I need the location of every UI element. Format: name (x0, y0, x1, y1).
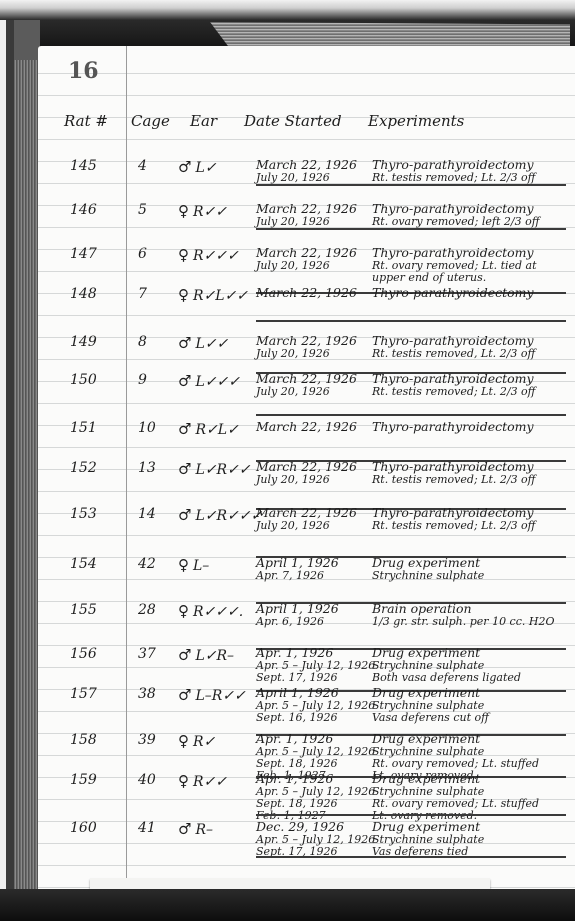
experiment-notes: Thyro-parathyroidectomyRt. testis remove… (372, 506, 572, 532)
entry-underline (256, 814, 566, 816)
cage-number: 13 (138, 460, 156, 476)
female-symbol-icon: ♀ (178, 202, 189, 220)
cage-number: 28 (138, 602, 156, 618)
experiment-line: Drug experiment (372, 556, 572, 570)
male-symbol-icon: ♂ (178, 460, 191, 478)
experiment-line: Rt. testis removed; Lt. 2/3 off (372, 520, 572, 532)
ear-code: L✓R– (195, 648, 234, 664)
date-line: Apr. 1, 1926 (256, 772, 376, 786)
rat-number: 148 (70, 286, 97, 302)
cage-number: 9 (138, 372, 147, 388)
cage-number: 37 (138, 646, 156, 662)
cage-number: 5 (138, 202, 147, 218)
ear-code: R✓ (193, 734, 215, 750)
experiment-line: Brain operation (372, 602, 572, 616)
experiment-line: Drug experiment (372, 772, 572, 786)
male-symbol-icon: ♂ (178, 506, 191, 524)
date-started: Apr. 1, 1926Apr. 5 – July 12, 1926Sept. … (256, 646, 376, 684)
date-started: March 22, 1926July 20, 1926 (256, 158, 376, 184)
female-symbol-icon: ♀ (178, 772, 189, 790)
cage-number: 8 (138, 334, 147, 350)
ear-mark: ♀R✓✓✓ (178, 246, 239, 264)
experiment-notes: Brain operation1/3 gr. str. sulph. per 1… (372, 602, 572, 628)
female-symbol-icon: ♀ (178, 556, 189, 574)
experiment-line: Strychnine sulphate (372, 570, 572, 582)
experiment-line: Thyro-parathyroidectomy (372, 286, 572, 300)
cage-number: 10 (138, 420, 156, 436)
ear-mark: ♂R✓L✓ (178, 420, 239, 438)
experiment-notes: Thyro-parathyroidectomy (372, 286, 572, 300)
date-started: April 1, 1926Apr. 7, 1926 (256, 556, 376, 582)
date-line: March 22, 1926 (256, 460, 376, 474)
date-line: Apr. 7, 1926 (256, 570, 376, 582)
ear-code: R✓L✓ (195, 422, 238, 438)
date-line: April 1, 1926 (256, 602, 376, 616)
ear-code: L– (193, 558, 209, 574)
ear-code: R✓✓ (193, 204, 227, 220)
female-symbol-icon: ♀ (178, 732, 189, 750)
header-ear: Ear (190, 112, 217, 130)
male-symbol-icon: ♂ (178, 686, 191, 704)
experiment-line: Drug experiment (372, 686, 572, 700)
date-started: April 1, 1926Apr. 5 – July 12, 1926Sept.… (256, 686, 376, 724)
ear-code: R– (195, 822, 213, 838)
male-symbol-icon: ♂ (178, 372, 191, 390)
rat-number: 155 (70, 602, 97, 618)
rat-number: 153 (70, 506, 97, 522)
page-number: 16 (68, 58, 99, 84)
male-symbol-icon: ♂ (178, 420, 191, 438)
entry-underline (256, 320, 566, 322)
ear-code: L✓✓ (195, 336, 228, 352)
experiment-line: Rt. testis removed, Lt. 2/3 off (372, 348, 572, 360)
experiment-line: 1/3 gr. str. sulph. per 10 cc. H2O (372, 616, 572, 628)
ear-mark: ♂L–R✓✓ (178, 686, 246, 704)
experiment-line: Rt. testis removed; Lt. 2/3 off (372, 386, 572, 398)
cage-number: 7 (138, 286, 147, 302)
experiment-notes: Thyro-parathyroidectomy (372, 420, 572, 434)
date-line: July 20, 1926 (256, 520, 376, 532)
ear-code: R✓✓ (193, 774, 227, 790)
experiment-line: Thyro-parathyroidectomy (372, 460, 572, 474)
ear-mark: ♂L✓R✓✓ (178, 460, 250, 478)
date-line: March 22, 1926 (256, 202, 376, 216)
experiment-notes: Drug experimentStrychnine sulphateBoth v… (372, 646, 572, 684)
date-line: Sept. 16, 1926 (256, 712, 376, 724)
ear-code: R✓✓✓. (193, 604, 243, 620)
date-line: March 22, 1926 (256, 158, 376, 172)
date-started: March 22, 1926July 20, 1926 (256, 460, 376, 486)
rat-number: 152 (70, 460, 97, 476)
experiment-line: Thyro-parathyroidectomy (372, 202, 572, 216)
cage-number: 41 (138, 820, 156, 836)
rat-number: 159 (70, 772, 97, 788)
rat-number: 146 (70, 202, 97, 218)
ear-mark: ♂L✓R– (178, 646, 234, 664)
date-started: March 22, 1926July 20, 1926 (256, 246, 376, 272)
cage-number: 6 (138, 246, 147, 262)
experiment-notes: Thyro-parathyroidectomyRt. testis remove… (372, 372, 572, 398)
ear-mark: ♂L✓✓ (178, 334, 228, 352)
experiment-notes: Thyro-parathyroidectomyRt. ovary removed… (372, 246, 572, 284)
experiment-line: Both vasa deferens ligated (372, 672, 572, 684)
cage-number: 38 (138, 686, 156, 702)
rat-number: 145 (70, 158, 97, 174)
ear-mark: ♂L✓✓✓ (178, 372, 240, 390)
rat-number: 156 (70, 646, 97, 662)
experiment-line: Drug experiment (372, 646, 572, 660)
ear-mark: ♂R– (178, 820, 213, 838)
experiment-line: Rt. testis removed; Lt. 2/3 off (372, 172, 572, 184)
header-experiments: Experiments (368, 112, 464, 130)
date-line: April 1, 1926 (256, 686, 376, 700)
date-line: March 22, 1926 (256, 334, 376, 348)
male-symbol-icon: ♂ (178, 646, 191, 664)
date-line: March 22, 1926 (256, 506, 376, 520)
date-started: March 22, 1926July 20, 1926 (256, 506, 376, 532)
cage-number: 40 (138, 772, 156, 788)
ear-code: L–R✓✓ (195, 688, 245, 704)
rat-number: 150 (70, 372, 97, 388)
experiment-line: Vasa deferens cut off (372, 712, 572, 724)
rat-number: 154 (70, 556, 97, 572)
experiment-line: Thyro-parathyroidectomy (372, 420, 572, 434)
date-line: Apr. 1, 1926 (256, 732, 376, 746)
date-started: March 22, 1926July 20, 1926 (256, 202, 376, 228)
experiment-line: Thyro-parathyroidectomy (372, 158, 572, 172)
date-line: April 1, 1926 (256, 556, 376, 570)
cover-cloth-binding (210, 22, 570, 46)
entry-underline (256, 414, 566, 416)
rat-number: 149 (70, 334, 97, 350)
cage-number: 4 (138, 158, 147, 174)
male-symbol-icon: ♂ (178, 158, 191, 176)
experiment-line: Drug experiment (372, 732, 572, 746)
date-line: March 22, 1926 (256, 420, 376, 434)
rat-number: 160 (70, 820, 97, 836)
date-started: April 1, 1926Apr. 6, 1926 (256, 602, 376, 628)
experiment-line: Thyro-parathyroidectomy (372, 246, 572, 260)
ear-mark: ♂L✓R✓✓✓ (178, 506, 262, 524)
date-started: Dec. 29, 1926Apr. 5 – July 12, 1926Sept.… (256, 820, 376, 858)
header-date-started: Date Started (244, 112, 342, 130)
date-line: Apr. 1, 1926 (256, 646, 376, 660)
rat-number: 147 (70, 246, 97, 262)
experiment-line: Thyro-parathyroidectomy (372, 372, 572, 386)
experiment-notes: Thyro-parathyroidectomyRt. ovary removed… (372, 202, 572, 228)
experiment-line: Drug experiment (372, 820, 572, 834)
header-rat-number: Rat # (64, 112, 108, 130)
ear-code: L✓R✓✓ (195, 462, 250, 478)
ear-mark: ♀R✓ (178, 732, 215, 750)
ear-mark: ♀R✓✓ (178, 772, 227, 790)
date-line: March 22, 1926 (256, 372, 376, 386)
ear-code: L✓ (195, 160, 216, 176)
date-line: July 20, 1926 (256, 216, 376, 228)
ledger-page: 16 Rat # Cage Ear Date Started Experimen… (38, 46, 575, 889)
experiment-notes: Drug experimentStrychnine sulphateVas de… (372, 820, 572, 858)
entry-underline (256, 184, 566, 186)
cage-number: 42 (138, 556, 156, 572)
female-symbol-icon: ♀ (178, 602, 189, 620)
date-started: March 22, 1926July 20, 1926 (256, 372, 376, 398)
experiment-notes: Drug experimentStrychnine sulphate (372, 556, 572, 582)
date-started: March 22, 1926 (256, 420, 376, 434)
experiment-notes: Drug experimentStrychnine sulphateVasa d… (372, 686, 572, 724)
experiment-line: Rt. testis removed; Lt. 2/3 off (372, 474, 572, 486)
female-symbol-icon: ♀ (178, 286, 189, 304)
male-symbol-icon: ♂ (178, 820, 191, 838)
date-started: March 22, 1926July 20, 1926 (256, 334, 376, 360)
female-symbol-icon: ♀ (178, 246, 189, 264)
entry-underline (256, 856, 566, 858)
experiment-notes: Thyro-parathyroidectomyRt. testis remove… (372, 334, 572, 360)
experiment-line: Thyro-parathyroidectomy (372, 506, 572, 520)
date-line: July 20, 1926 (256, 474, 376, 486)
ear-mark: ♂L✓ (178, 158, 216, 176)
ear-code: L✓✓✓ (195, 374, 240, 390)
notebook-cover-bottom (0, 889, 575, 921)
ear-mark: ♀R✓L✓✓ (178, 286, 248, 304)
date-started: March 22, 1926 (256, 286, 376, 300)
cage-number: 39 (138, 732, 156, 748)
date-line: July 20, 1926 (256, 386, 376, 398)
date-line: July 20, 1926 (256, 172, 376, 184)
ear-mark: ♀L– (178, 556, 209, 574)
rat-number: 151 (70, 420, 97, 436)
experiment-line: Rt. ovary removed; left 2/3 off (372, 216, 572, 228)
cage-number: 14 (138, 506, 156, 522)
experiment-notes: Thyro-parathyroidectomyRt. testis remove… (372, 460, 572, 486)
header-cage: Cage (131, 112, 170, 130)
ear-code: L✓R✓✓✓ (195, 508, 262, 524)
experiment-line: Thyro-parathyroidectomy (372, 334, 572, 348)
entry-underline (256, 228, 566, 230)
ear-mark: ♀R✓✓ (178, 202, 227, 220)
date-line: July 20, 1926 (256, 348, 376, 360)
date-line: Dec. 29, 1926 (256, 820, 376, 834)
experiment-line: upper end of uterus. (372, 272, 572, 284)
ear-code: R✓✓✓ (193, 248, 239, 264)
rat-number: 158 (70, 732, 97, 748)
ear-code: R✓L✓✓ (193, 288, 248, 304)
date-line: March 22, 1926 (256, 246, 376, 260)
rat-number: 157 (70, 686, 97, 702)
margin-line (126, 46, 127, 889)
ear-mark: ♀R✓✓✓. (178, 602, 243, 620)
date-line: Sept. 17, 1926 (256, 672, 376, 684)
spine-cloth (14, 60, 40, 900)
date-line: July 20, 1926 (256, 260, 376, 272)
date-line: Apr. 6, 1926 (256, 616, 376, 628)
date-line: March 22, 1926 (256, 286, 376, 300)
experiment-notes: Thyro-parathyroidectomyRt. testis remove… (372, 158, 572, 184)
male-symbol-icon: ♂ (178, 334, 191, 352)
